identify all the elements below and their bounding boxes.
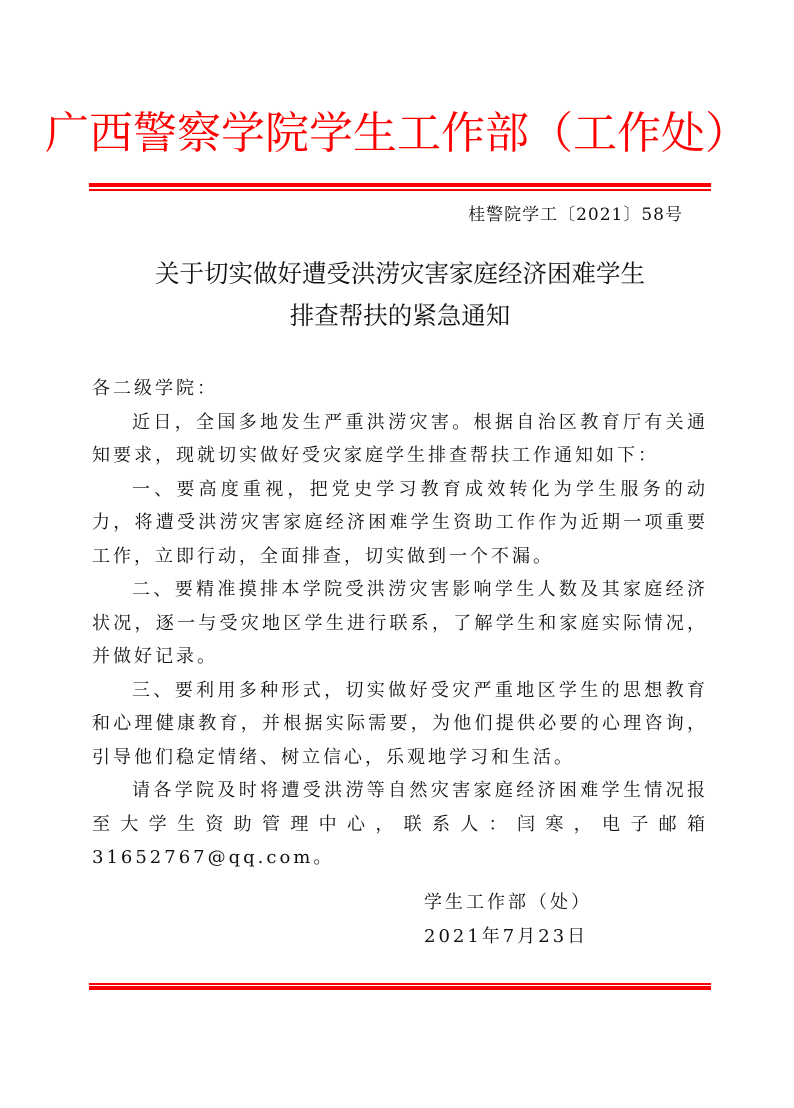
body-paragraph-contact: 请各学院及时将遭受洪涝等自然灾害家庭经济困难学生情况报至大学生资助管理中心，联系…: [92, 774, 708, 875]
document-body: 各二级学院： 近日，全国多地发生严重洪涝灾害。根据自治区教育厅有关通知要求，现就…: [92, 372, 708, 875]
document-title: 关于切实做好遭受洪涝灾害家庭经济困难学生 排查帮扶的紧急通知: [90, 253, 710, 337]
salutation: 各二级学院：: [92, 372, 708, 406]
body-paragraph-item-1: 一、要高度重视，把党史学习教育成效转化为学生服务的动力，将遭受洪涝灾害家庭经济困…: [92, 473, 708, 574]
signature-date: 2021年7月23日: [424, 920, 592, 954]
footer-rule-thick: [89, 986, 711, 990]
signature-department: 学生工作部（处）: [424, 886, 592, 920]
title-line-2: 排查帮扶的紧急通知: [90, 295, 710, 337]
signature-block: 学生工作部（处） 2021年7月23日: [424, 886, 592, 954]
document-number: 桂警院学工〔2021〕58号: [400, 200, 683, 230]
body-paragraph-item-3: 三、要利用多种形式，切实做好受灾严重地区学生的思想教育和心理健康教育，并根据实际…: [92, 674, 708, 775]
body-paragraph-item-2: 二、要精准摸排本学院受洪涝灾害影响学生人数及其家庭经济状况，逐一与受灾地区学生进…: [92, 573, 708, 674]
title-line-1: 关于切实做好遭受洪涝灾害家庭经济困难学生: [90, 253, 710, 295]
footer-rule-thin: [89, 983, 711, 985]
issuing-office-masthead: 广西警察学院学生工作部（工作处）: [0, 104, 794, 164]
header-rule-thick: [89, 183, 711, 187]
body-paragraph-intro: 近日，全国多地发生严重洪涝灾害。根据自治区教育厅有关通知要求，现就切实做好受灾家…: [92, 406, 708, 473]
header-rule-thin: [89, 189, 711, 191]
